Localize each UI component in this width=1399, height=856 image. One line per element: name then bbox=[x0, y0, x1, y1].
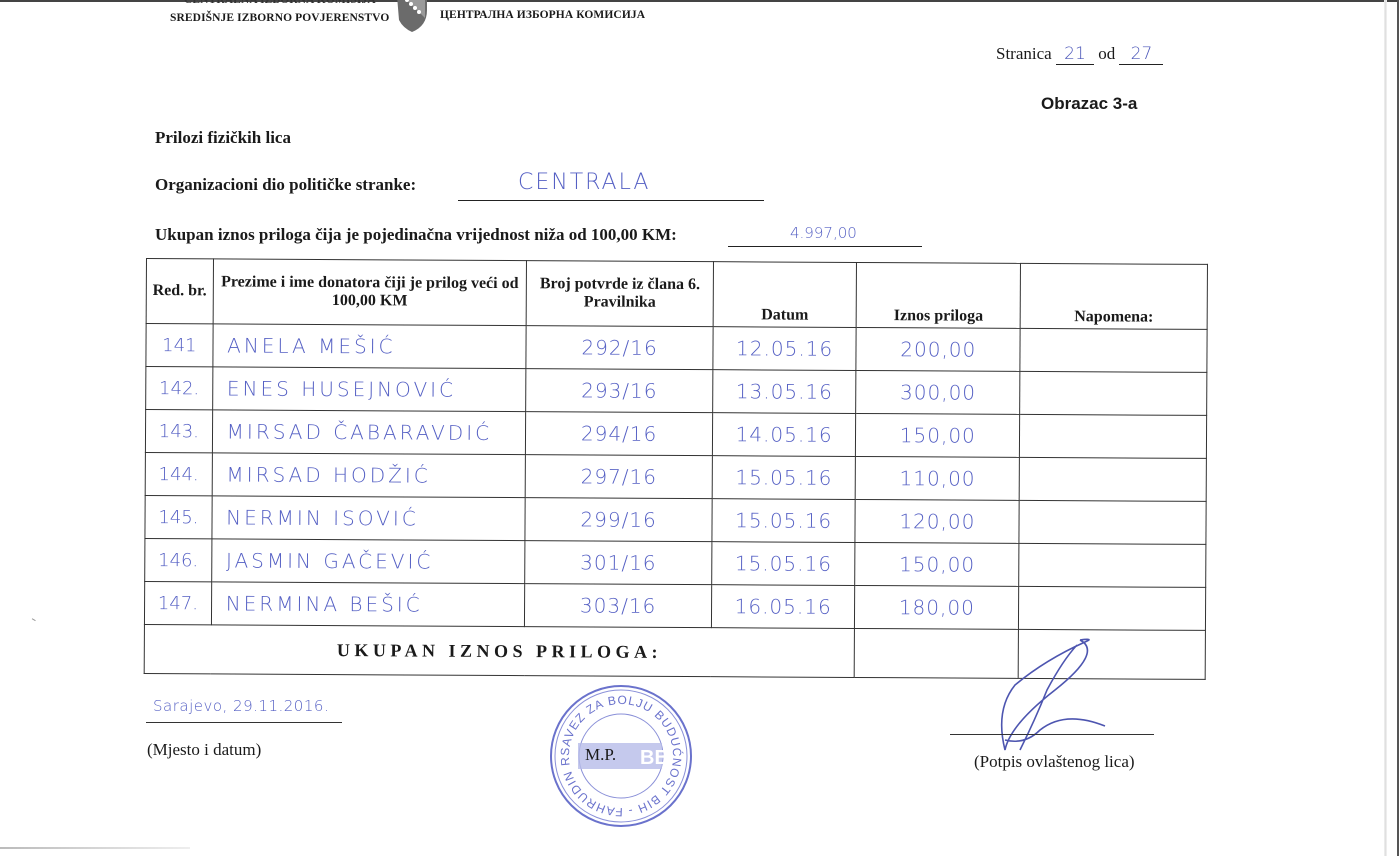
handwritten-confirmation: 293/16 bbox=[581, 378, 658, 402]
cell-date: 15.05.16 bbox=[712, 542, 856, 586]
cell-date: 15.05.16 bbox=[712, 456, 856, 500]
cell-confirmation: 301/16 bbox=[525, 541, 712, 585]
place-date-caption: (Mjesto i datum) bbox=[147, 740, 261, 760]
institution-name-latin-2: SREDIŠNJE IZBORNO POVJERENSTVO bbox=[170, 12, 389, 24]
cell-red-br: 146. bbox=[145, 538, 212, 581]
handwritten-date: 12.05.16 bbox=[736, 336, 833, 361]
handwritten-name: NERMINA BEŠIĆ bbox=[212, 591, 423, 616]
signature-icon bbox=[985, 630, 1115, 760]
handwritten-confirmation: 303/16 bbox=[580, 593, 657, 617]
place-date-underline bbox=[146, 722, 342, 723]
handwritten-date: 13.05.16 bbox=[736, 379, 833, 404]
coat-of-arms-icon bbox=[395, 0, 429, 32]
cell-confirmation: 292/16 bbox=[526, 326, 713, 370]
scan-bottom-smudge bbox=[0, 847, 190, 849]
small-contributions-value: 4.997,00 bbox=[790, 224, 857, 242]
handwritten-amount: 150,00 bbox=[900, 423, 976, 447]
cell-note bbox=[1019, 457, 1206, 501]
cell-confirmation: 293/16 bbox=[526, 369, 713, 413]
table-row: 147.NERMINA BEŠIĆ303/1616.05.16180,00 bbox=[144, 581, 1205, 630]
cell-name: ANELA MEŠIĆ bbox=[213, 324, 527, 369]
cell-date: 16.05.16 bbox=[711, 585, 855, 629]
org-unit-underline bbox=[458, 200, 764, 201]
cell-red-br: 145. bbox=[145, 495, 212, 538]
cell-note bbox=[1019, 586, 1206, 630]
cell-note bbox=[1020, 328, 1207, 372]
handwritten-date: 14.05.16 bbox=[736, 422, 833, 447]
table-row: 142.ENES HUSEJNOVIĆ293/1613.05.16300,00 bbox=[146, 367, 1207, 416]
handwritten-name: NERMIN ISOVIĆ bbox=[212, 505, 419, 530]
handwritten-red-br: 141 bbox=[162, 335, 196, 356]
handwritten-name: MIRSAD HODŽIĆ bbox=[212, 462, 430, 487]
stamp-label: M.P. bbox=[585, 745, 616, 765]
handwritten-name: ANELA MEŠIĆ bbox=[213, 333, 396, 358]
handwritten-name: ENES HUSEJNOVIĆ bbox=[213, 376, 456, 401]
cell-red-br: 142. bbox=[146, 367, 213, 410]
cell-name: ENES HUSEJNOVIĆ bbox=[212, 367, 526, 412]
cell-confirmation: 297/16 bbox=[525, 455, 712, 499]
cell-amount: 150,00 bbox=[855, 542, 1019, 586]
cell-red-br: 143. bbox=[145, 410, 212, 453]
handwritten-name: MIRSAD ČABARAVDIĆ bbox=[213, 419, 493, 445]
col-header-red-br: Red. br. bbox=[146, 259, 213, 324]
handwritten-confirmation: 297/16 bbox=[581, 464, 658, 488]
page-counter: Stranica 21 od 27 bbox=[996, 44, 1163, 65]
handwritten-confirmation: 299/16 bbox=[580, 507, 657, 531]
cell-date: 13.05.16 bbox=[713, 370, 857, 414]
table-row: 143.MIRSAD ČABARAVDIĆ294/1614.05.16150,0… bbox=[145, 410, 1206, 459]
small-contributions-label: Ukupan iznos priloga čija je pojedinačna… bbox=[155, 225, 677, 245]
handwritten-red-br: 146. bbox=[158, 550, 198, 571]
handwritten-confirmation: 294/16 bbox=[581, 421, 658, 445]
cell-confirmation: 303/16 bbox=[525, 584, 712, 628]
handwritten-red-br: 145. bbox=[158, 507, 198, 528]
page-label: Stranica bbox=[996, 44, 1052, 63]
svg-text:BB: BB bbox=[640, 747, 669, 769]
total-pages-field: 27 bbox=[1119, 44, 1163, 65]
handwritten-red-br: 143. bbox=[159, 421, 199, 442]
cell-amount: 200,00 bbox=[856, 327, 1020, 371]
table-row: 146.JASMIN GAČEVIĆ301/1615.05.16150,00 bbox=[145, 538, 1206, 587]
table-row: 141ANELA MEŠIĆ292/1612.05.16200,00 bbox=[146, 324, 1207, 373]
handwritten-amount: 150,00 bbox=[899, 552, 975, 576]
page-number-field: 21 bbox=[1056, 44, 1094, 65]
cell-name: MIRSAD HODŽIĆ bbox=[212, 453, 526, 498]
cell-name: NERMINA BEŠIĆ bbox=[211, 582, 525, 627]
cell-note bbox=[1019, 543, 1206, 587]
org-unit-value: CENTRALA bbox=[518, 170, 650, 195]
handwritten-date: 15.05.16 bbox=[735, 465, 832, 490]
table-row: 145.NERMIN ISOVIĆ299/1615.05.16120,00 bbox=[145, 495, 1206, 544]
cell-name: MIRSAD ČABARAVDIĆ bbox=[212, 410, 526, 455]
cell-amount: 110,00 bbox=[856, 456, 1020, 500]
scan-right-shadow bbox=[1384, 0, 1387, 856]
table-row: 144.MIRSAD HODŽIĆ297/1615.05.16110,00 bbox=[145, 452, 1206, 501]
small-contributions-underline bbox=[728, 246, 922, 247]
handwritten-name: JASMIN GAČEVIĆ bbox=[212, 548, 434, 573]
cell-amount: 180,00 bbox=[855, 585, 1019, 629]
cell-amount: 150,00 bbox=[856, 413, 1020, 457]
col-header-date: Datum bbox=[713, 262, 857, 328]
cell-red-br: 141 bbox=[146, 324, 213, 367]
col-header-note: Napomena: bbox=[1020, 263, 1207, 329]
cell-note bbox=[1020, 414, 1207, 458]
cell-date: 12.05.16 bbox=[713, 327, 857, 371]
cell-red-br: 147. bbox=[144, 581, 211, 624]
of-label: od bbox=[1098, 44, 1115, 63]
institution-name-cyrillic: ЦЕНТРАЛНА ИЗБОРНА КОМИСИЈА bbox=[440, 9, 645, 21]
handwritten-amount: 110,00 bbox=[900, 466, 976, 490]
institution-name-latin-1: CENTRALNA IZBORNA KOMISIJA bbox=[184, 0, 376, 6]
col-header-name: Prezime i ime donatora čiji je prilog ve… bbox=[213, 259, 527, 326]
total-label: UKUPAN IZNOS PRILOGA: bbox=[144, 624, 855, 677]
table-header-row: Red. br. Prezime i ime donatora čiji je … bbox=[146, 259, 1207, 330]
col-header-amount: Iznos priloga bbox=[856, 262, 1020, 328]
handwritten-confirmation: 301/16 bbox=[580, 550, 657, 574]
cell-amount: 300,00 bbox=[856, 370, 1020, 414]
cell-amount: 120,00 bbox=[855, 499, 1019, 543]
cell-name: JASMIN GAČEVIĆ bbox=[211, 539, 525, 584]
cell-confirmation: 299/16 bbox=[525, 498, 712, 542]
cell-note bbox=[1019, 500, 1206, 544]
cell-red-br: 144. bbox=[145, 452, 212, 495]
handwritten-date: 15.05.16 bbox=[735, 508, 832, 533]
donations-table: Red. br. Prezime i ime donatora čiji je … bbox=[144, 258, 1208, 680]
signature-caption: (Potpis ovlaštenog lica) bbox=[974, 752, 1135, 772]
handwritten-amount: 120,00 bbox=[899, 509, 975, 533]
form-code: Obrazac 3-a bbox=[1041, 94, 1137, 114]
handwritten-amount: 180,00 bbox=[899, 595, 975, 619]
cell-date: 14.05.16 bbox=[712, 413, 856, 457]
handwritten-red-br: 142. bbox=[159, 378, 199, 399]
place-date-value: Sarajevo, 29.11.2016. bbox=[153, 697, 329, 715]
handwritten-red-br: 144. bbox=[159, 464, 199, 485]
cell-note bbox=[1020, 371, 1207, 415]
section-title: Prilozi fizičkih lica bbox=[155, 128, 291, 148]
handwritten-amount: 300,00 bbox=[900, 380, 976, 404]
handwritten-confirmation: 292/16 bbox=[581, 335, 658, 359]
handwritten-date: 16.05.16 bbox=[735, 594, 832, 619]
signature-underline bbox=[950, 734, 1154, 735]
cell-name: NERMIN ISOVIĆ bbox=[212, 496, 526, 541]
handwritten-red-br: 147. bbox=[158, 593, 198, 614]
cell-confirmation: 294/16 bbox=[526, 412, 713, 456]
org-unit-label: Organizacioni dio političke stranke: bbox=[155, 175, 416, 195]
cell-date: 15.05.16 bbox=[712, 499, 856, 543]
col-header-confirmation: Broj potvrde iz člana 6. Pravilnika bbox=[526, 261, 713, 327]
handwritten-date: 15.05.16 bbox=[735, 551, 832, 576]
stray-mark bbox=[30, 618, 35, 623]
stamp-icon: SAVEZ ZA BOLJU BUDUĆNOST BIH - FAHRUDIN … bbox=[548, 683, 694, 829]
handwritten-amount: 200,00 bbox=[900, 337, 976, 361]
